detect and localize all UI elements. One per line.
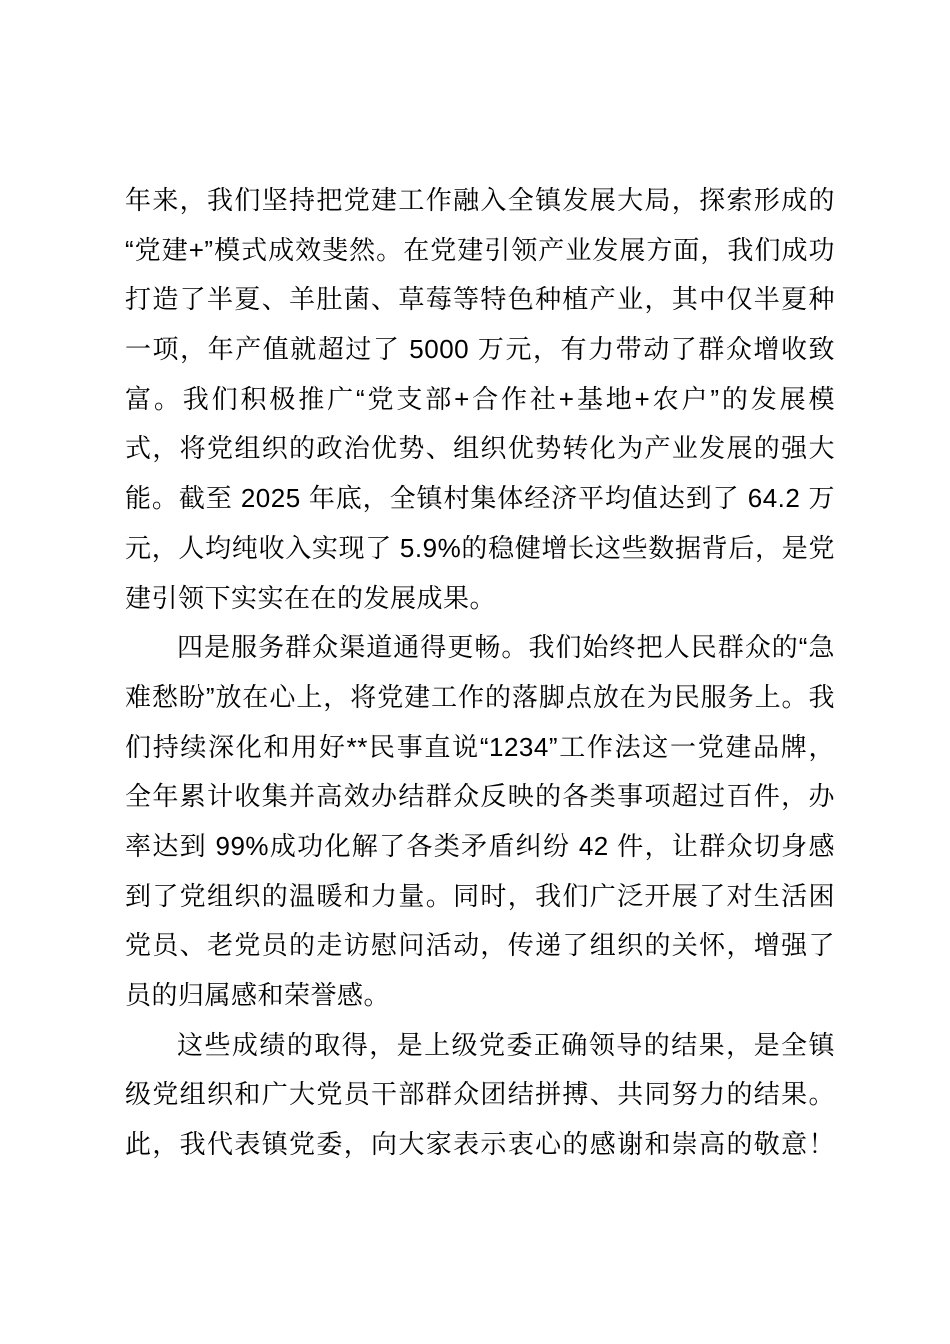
text-line: 们持续深化和用好**民事直说“1234”工作法这一党建品牌，	[125, 723, 835, 773]
text-line: 一项，年产值就超过了 5000 万元，有力带动了群众增收致	[125, 325, 835, 375]
page-text-block: 年来，我们坚持把党建工作融入全镇发展大局，探索形成的 “党建+”模式成效斐然。在…	[125, 176, 835, 1170]
text-line: 这些成绩的取得，是上级党委正确领导的结果，是全镇各	[125, 1021, 835, 1071]
text-line: 级党组织和广大党员干部群众团结拼搏、共同努力的结果。在	[125, 1070, 835, 1120]
text-line: 此，我代表镇党委，向大家表示衷心的感谢和崇高的敬意！在	[125, 1120, 835, 1170]
text-line: 党员、老党员的走访慰问活动，传递了组织的关怀，增强了党	[125, 921, 835, 971]
text-line: 能。截至 2025 年底，全镇村集体经济平均值达到了 64.2 万	[125, 474, 835, 524]
document-page: 年来，我们坚持把党建工作融入全镇发展大局，探索形成的 “党建+”模式成效斐然。在…	[0, 0, 950, 1344]
text-line: 全年累计收集并高效办结群众反映的各类事项超过百件，办结	[125, 772, 835, 822]
text-line: 员的归属感和荣誉感。	[125, 971, 835, 1021]
text-line: 四是服务群众渠道通得更畅。我们始终把人民群众的“急	[125, 623, 835, 673]
paragraph-1: 年来，我们坚持把党建工作融入全镇发展大局，探索形成的 “党建+”模式成效斐然。在…	[125, 176, 835, 623]
text-line: 建引领下实实在在的发展成果。	[125, 574, 835, 624]
text-line: 元，人均纯收入实现了 5.9%的稳健增长这些数据背后，是党	[125, 524, 835, 574]
text-line: 年来，我们坚持把党建工作融入全镇发展大局，探索形成的	[125, 176, 835, 226]
paragraph-2: 四是服务群众渠道通得更畅。我们始终把人民群众的“急 难愁盼”放在心上，将党建工作…	[125, 623, 835, 1021]
text-line: 式，将党组织的政治优势、组织优势转化为产业发展的强大动	[125, 424, 835, 474]
text-line: 打造了半夏、羊肚菌、草莓等特色种植产业，其中仅半夏种植	[125, 275, 835, 325]
text-line: 到了党组织的温暖和力量。同时，我们广泛开展了对生活困难	[125, 872, 835, 922]
text-line: 难愁盼”放在心上，将党建工作的落脚点放在为民服务上。我	[125, 673, 835, 723]
text-line: “党建+”模式成效斐然。在党建引领产业发展方面，我们成功	[125, 226, 835, 276]
paragraph-3: 这些成绩的取得，是上级党委正确领导的结果，是全镇各 级党组织和广大党员干部群众团…	[125, 1021, 835, 1170]
text-line: 率达到 99%成功化解了各类矛盾纠纷 42 件，让群众切身感受	[125, 822, 835, 872]
text-line: 富。我们积极推广“党支部+合作社+基地+农户”的发展模	[125, 375, 835, 425]
